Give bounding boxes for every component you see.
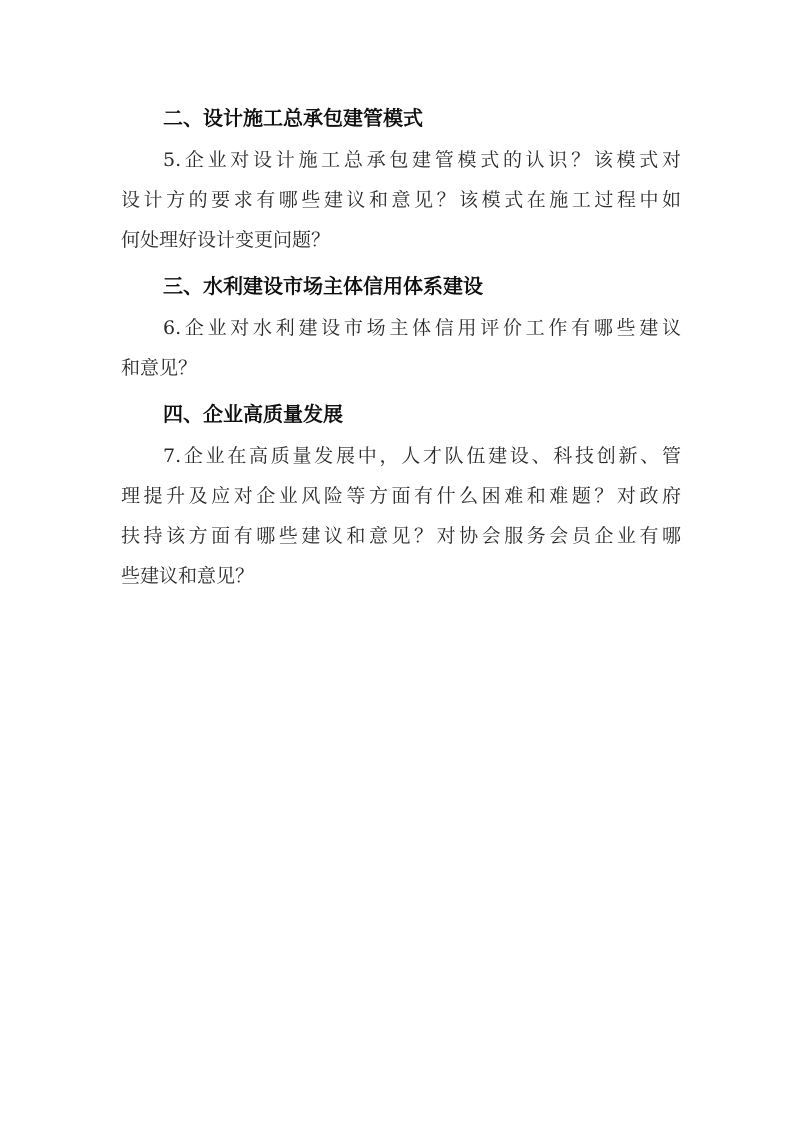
section-heading-design-construction: 二、设计施工总承包建管模式 bbox=[163, 104, 423, 132]
paragraph-line: 7.企业在高质量发展中，人才队伍建设、科技创新、管 bbox=[121, 436, 681, 476]
paragraph-line: 设计方的要求有哪些建议和意见？该模式在施工过程中如 bbox=[121, 180, 681, 220]
paragraph-line: 扶持该方面有哪些建议和意见？对协会服务会员企业有哪 bbox=[121, 516, 681, 556]
question-5-paragraph: 5.企业对设计施工总承包建管模式的认识？该模式对 设计方的要求有哪些建议和意见？… bbox=[121, 140, 681, 260]
paragraph-line: 和意见？ bbox=[121, 348, 681, 388]
paragraph-line: 何处理好设计变更问题？ bbox=[121, 220, 681, 260]
section-heading-high-quality-development: 四、企业高质量发展 bbox=[163, 400, 343, 428]
paragraph-line: 些建议和意见？ bbox=[121, 556, 681, 596]
question-7-paragraph: 7.企业在高质量发展中，人才队伍建设、科技创新、管 理提升及应对企业风险等方面有… bbox=[121, 436, 681, 596]
question-6-paragraph: 6.企业对水利建设市场主体信用评价工作有哪些建议 和意见？ bbox=[121, 308, 681, 388]
paragraph-line: 理提升及应对企业风险等方面有什么困难和难题？对政府 bbox=[121, 476, 681, 516]
section-heading-credit-system: 三、水利建设市场主体信用体系建设 bbox=[163, 272, 483, 300]
paragraph-line: 6.企业对水利建设市场主体信用评价工作有哪些建议 bbox=[121, 308, 681, 348]
paragraph-line: 5.企业对设计施工总承包建管模式的认识？该模式对 bbox=[121, 140, 681, 180]
